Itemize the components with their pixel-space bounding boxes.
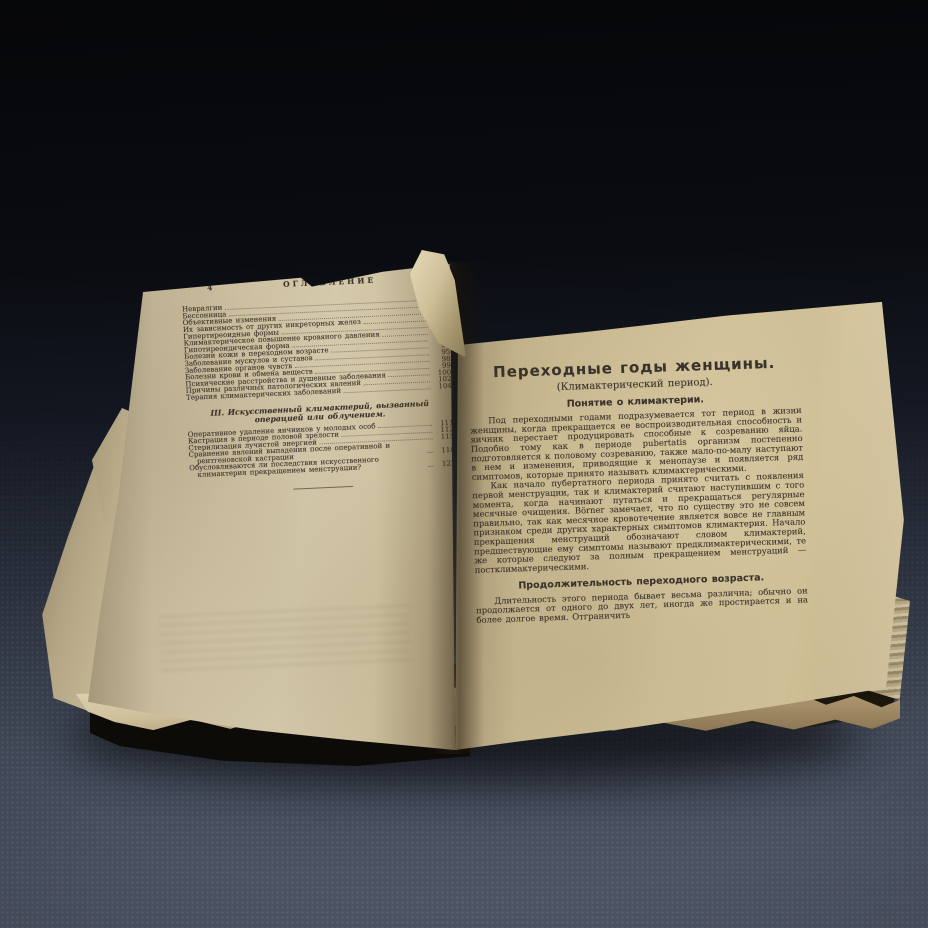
paragraph: Длительность этого периода бывает весьма… bbox=[476, 586, 809, 625]
toc-entry-label: Бессонница bbox=[182, 311, 226, 320]
toc-entry-label: Гипотиреоидическая форма bbox=[184, 343, 290, 355]
toc-entry: Гипертиреоидные формы 89 bbox=[183, 322, 449, 341]
toc-entry: Гипотиреоидическая форма 92 bbox=[184, 335, 450, 354]
toc-entry: Невралгии 85 bbox=[182, 295, 448, 314]
dot-leader bbox=[388, 374, 429, 377]
toc-entry-label: Объективные изменения bbox=[183, 316, 277, 327]
toc-entry: Обусловливаются ли последствия искусстве… bbox=[189, 453, 455, 479]
end-rule bbox=[293, 486, 353, 490]
toc-section-entry-list: Оперативное удаление яичников у молодых … bbox=[188, 420, 456, 480]
toc-entry: Болезни крови и обмена веществ 99 bbox=[185, 362, 451, 381]
toc-entry: Бессонница 86 bbox=[182, 301, 448, 320]
toc-section-heading: III. Искусственный климактерий, вызванны… bbox=[187, 398, 453, 427]
page-column-header: Стр. bbox=[182, 286, 448, 305]
toc-entry: Стерилизация лучистой энергией 115 bbox=[188, 433, 454, 452]
dot-leader bbox=[295, 361, 430, 368]
left-page: 4 ОГЛАВЛЕНИЕ Стр. Невралгии 85 Бессонниц… bbox=[85, 260, 457, 752]
toc-section-heading-line1: III. Искусственный климактерий, вызванны… bbox=[187, 398, 453, 419]
dot-leader bbox=[229, 307, 427, 317]
toc-entry-label: Климактерическое повышение кровяного дав… bbox=[183, 332, 379, 348]
toc-entry-label: Гипертиреоидные формы bbox=[183, 329, 279, 340]
toc-entry: Кастрация в периоде половой зрелости 112 bbox=[188, 426, 454, 445]
toc-entry-label: Кастрация в периоде половой зрелости bbox=[188, 432, 339, 446]
toc-entry-label: Стерилизация лучистой энергией bbox=[188, 439, 317, 452]
right-page: Переходные годы женщины. (Климактерическ… bbox=[452, 295, 907, 755]
table-of-contents: 4 ОГЛАВЛЕНИЕ Стр. Невралгии 85 Бессонниц… bbox=[181, 274, 456, 494]
toc-entry: Объективные изменения 87 bbox=[183, 308, 449, 327]
toc-entry-label: Сравнение явлений выпадения после операт… bbox=[189, 441, 425, 465]
toc-entry-label: Болезни крови и обмена веществ bbox=[185, 369, 313, 382]
dot-leader bbox=[319, 438, 432, 444]
toc-entry-label: Заболевание органов чувств bbox=[185, 363, 293, 375]
text-show-through bbox=[159, 605, 411, 678]
toc-entry-label: Психические расстройства и душевные забо… bbox=[185, 372, 386, 388]
toc-entry: Заболевание органов чувств 98 bbox=[185, 356, 451, 375]
chapter-text: Переходные годы женщины. (Климактерическ… bbox=[468, 354, 808, 625]
toc-entry: Оперативное удаление яичников у молодых … bbox=[188, 420, 454, 439]
dot-leader bbox=[279, 313, 427, 321]
dot-leader bbox=[382, 334, 428, 337]
dot-leader bbox=[364, 381, 431, 385]
dot-leader bbox=[341, 432, 432, 437]
toc-entry: Климактерическое повышение кровяного дав… bbox=[183, 328, 449, 347]
photo-scene: 4 ОГЛАВЛЕНИЕ Стр. Невралгии 85 Бессонниц… bbox=[0, 0, 928, 928]
toc-entry-label: Причины различных патологических явлений bbox=[186, 380, 362, 395]
toc-entry: Причины различных патологических явлений… bbox=[186, 376, 452, 395]
toc-entry-label: Обусловливаются ли последствия искусстве… bbox=[189, 455, 425, 479]
dot-leader bbox=[344, 388, 431, 393]
toc-entry-label: Заболевание мускулов и суставов bbox=[184, 355, 312, 368]
dot-leader bbox=[292, 341, 428, 348]
toc-section-heading-line2: операцией или облучением. bbox=[187, 406, 453, 427]
dot-leader bbox=[331, 347, 429, 352]
dot-leader bbox=[363, 320, 427, 324]
dot-leader bbox=[282, 327, 428, 335]
toc-entry: Заболевание мускулов и суставов 95 bbox=[184, 349, 450, 368]
toc-entry: Терапия климактерических заболеваний 104 bbox=[186, 383, 452, 402]
toc-entry-label: Оперативное удаление яичников у молодых … bbox=[188, 423, 376, 438]
toc-entry: Сравнение явлений выпадения после операт… bbox=[189, 440, 455, 466]
toc-entry-label: Болезни кожи в переходном возрасте bbox=[184, 348, 329, 361]
dot-leader bbox=[225, 300, 427, 310]
paragraph: Как начало пубертатного периода принято … bbox=[472, 471, 807, 575]
toc-entry: Болезни кожи в переходном возрасте 94 bbox=[184, 342, 450, 361]
toc-entry-label: Невралгии bbox=[182, 305, 223, 314]
toc-entry: Психические расстройства и душевные забо… bbox=[185, 369, 451, 388]
toc-entry-label: Терапия климактерических заболеваний bbox=[186, 388, 341, 402]
toc-entry-label: Их зависимость от других инкреторных жел… bbox=[183, 319, 361, 334]
dot-leader bbox=[315, 368, 429, 374]
toc-entry: Их зависимость от других инкреторных жел… bbox=[183, 315, 449, 334]
toc-entry-list: Невралгии 85 Бессонница 86 Объективные и… bbox=[182, 295, 452, 402]
dot-leader bbox=[378, 425, 432, 428]
paragraph: Под переходными годами подразумевается т… bbox=[470, 406, 804, 482]
dot-leader bbox=[315, 354, 429, 360]
